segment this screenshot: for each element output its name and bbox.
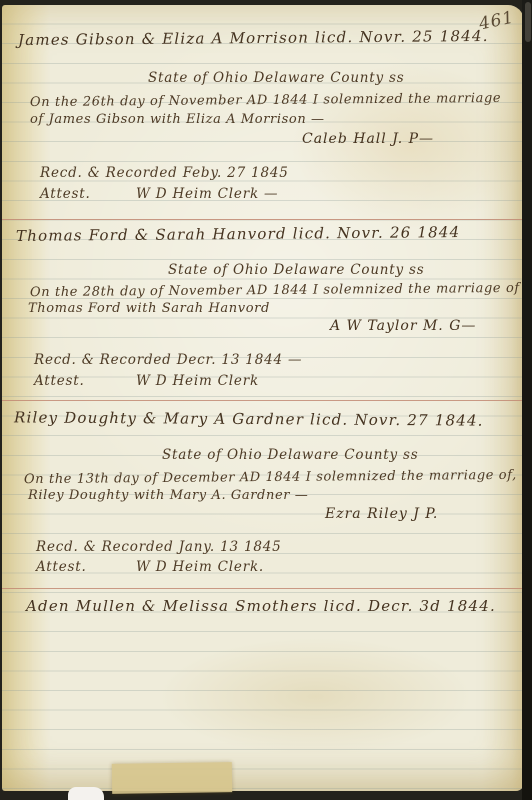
entry-1-attest-label: Attest. xyxy=(40,188,91,202)
book-edge-highlight xyxy=(525,2,531,42)
entry-3-body-line2: Riley Doughty with Mary A. Gardner — xyxy=(28,489,308,502)
ledger-photo: 461 James Gibson & Eliza A Morrison licd… xyxy=(0,0,532,800)
entry-3-attest-clerk: W D Heim Clerk. xyxy=(136,561,264,575)
entry-1-body-line2: of James Gibson with Eliza A Morrison — xyxy=(30,113,325,126)
entry-1-attest-clerk: W D Heim Clerk — xyxy=(136,188,278,202)
entry-separator-line xyxy=(2,588,524,589)
entry-separator-line xyxy=(2,219,524,220)
book-edge xyxy=(522,0,532,800)
tape-repair-patch xyxy=(112,762,232,794)
entry-2-body-line2: Thomas Ford with Sarah Hanvord xyxy=(28,302,270,315)
entry-2-heading: Thomas Ford & Sarah Hanvord licd. Novr. … xyxy=(16,225,460,244)
entry-2-signature: A W Taylor M. G— xyxy=(330,319,476,333)
entry-2-attest-label: Attest. xyxy=(34,375,85,389)
entry-1-heading: James Gibson & Eliza A Morrison licd. No… xyxy=(18,29,489,48)
page-tab xyxy=(68,787,104,800)
entry-1-recorded-line: Recd. & Recorded Feby. 27 1845 xyxy=(40,167,289,181)
entry-1-state-line: State of Ohio Delaware County ss xyxy=(148,72,405,86)
entry-4-heading: Aden Mullen & Melissa Smothers licd. Dec… xyxy=(26,599,496,614)
entry-1-signature: Caleb Hall J. P— xyxy=(302,132,434,146)
entry-1-body-line1: On the 26th day of November AD 1844 I so… xyxy=(30,92,501,109)
entry-3-state-line: State of Ohio Delaware County ss xyxy=(162,449,419,463)
entry-2-state-line: State of Ohio Delaware County ss xyxy=(168,264,425,278)
entry-3-signature: Ezra Riley J P. xyxy=(325,507,438,521)
entry-3-heading: Riley Doughty & Mary A Gardner licd. Nov… xyxy=(14,410,484,428)
entry-3-attest-label: Attest. xyxy=(36,561,87,575)
entry-separator-line xyxy=(2,400,524,401)
entry-2-recorded-line: Recd. & Recorded Decr. 13 1844 — xyxy=(34,354,302,368)
entry-2-attest-clerk: W D Heim Clerk xyxy=(136,375,259,389)
entry-3-recorded-line: Recd. & Recorded Jany. 13 1845 xyxy=(36,541,282,555)
